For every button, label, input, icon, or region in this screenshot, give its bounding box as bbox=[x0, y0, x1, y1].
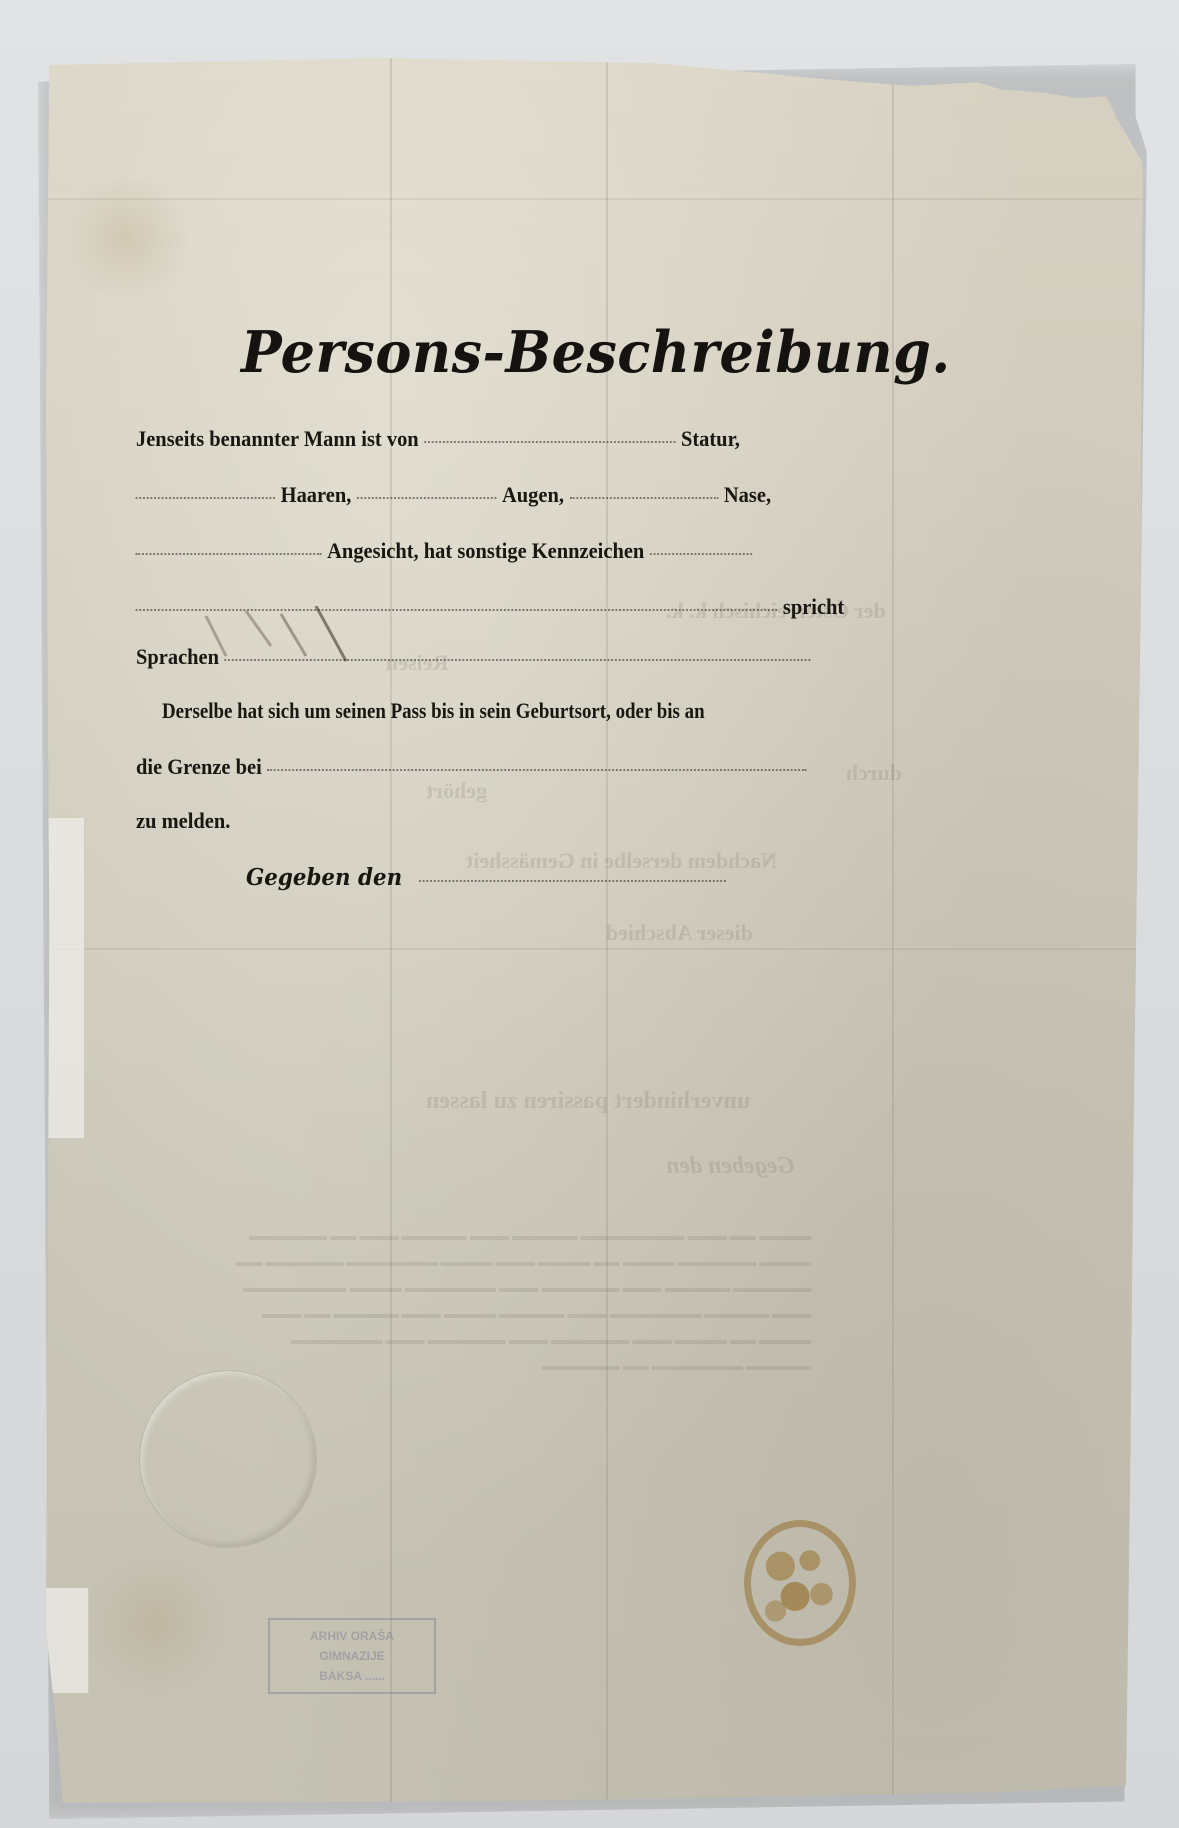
form-line-spricht: spricht bbox=[130, 594, 844, 620]
label-nase: Nase, bbox=[724, 482, 771, 508]
label-grenze: die Grenze bei bbox=[136, 754, 262, 780]
archive-stamp-line: ARHIV ORAŠA bbox=[270, 1626, 434, 1646]
form-line-melden: zu melden. bbox=[136, 808, 230, 834]
form-line-features: Haaren, Augen, Nase, bbox=[130, 482, 771, 508]
form-line-angesicht: Angesicht, hat sonstige Kennzeichen bbox=[130, 538, 758, 564]
field-datum[interactable] bbox=[419, 879, 726, 882]
label-angesicht: Angesicht, hat sonstige Kennzeichen bbox=[327, 538, 644, 564]
form-line-gegeben: Gegeben den bbox=[246, 864, 731, 891]
label-intro: Jenseits benannter Mann ist von bbox=[136, 426, 419, 452]
form-line-grenze: die Grenze bei bbox=[136, 754, 812, 780]
archive-stamp-line: GIMNAZIJE bbox=[270, 1646, 434, 1666]
label-augen: Augen, bbox=[502, 482, 564, 508]
label-sprachen: Sprachen bbox=[136, 644, 219, 670]
field-nase[interactable] bbox=[570, 496, 719, 499]
field-statur[interactable] bbox=[424, 440, 675, 443]
field-sprachen[interactable] bbox=[225, 658, 811, 661]
page-title: Persons-Beschreibung. bbox=[241, 318, 951, 385]
field-grenze[interactable] bbox=[267, 768, 806, 771]
field-augen[interactable] bbox=[357, 496, 497, 499]
form-line-sprachen: Sprachen bbox=[136, 644, 816, 670]
label-statur: Statur, bbox=[681, 426, 740, 452]
field-haaren[interactable] bbox=[136, 496, 276, 499]
field-kennzeichen[interactable] bbox=[650, 552, 752, 555]
form-line-statur: Jenseits benannter Mann ist von Statur, bbox=[136, 426, 740, 452]
label-haaren: Haaren, bbox=[281, 482, 352, 508]
field-spricht[interactable] bbox=[136, 608, 778, 611]
document-sheet: der Österreichisch k. k. Reisen durch ge… bbox=[46, 58, 1156, 1803]
pass-text: Derselbe hat sich um seinen Pass bis in … bbox=[162, 698, 705, 724]
melden-text: zu melden. bbox=[136, 808, 230, 834]
archive-stamp-line: BAKSA ...... bbox=[270, 1666, 434, 1686]
ink-seal bbox=[744, 1520, 856, 1646]
field-angesicht[interactable] bbox=[136, 552, 322, 555]
label-gegeben: Gegeben den bbox=[246, 864, 402, 891]
label-spricht: spricht bbox=[783, 594, 844, 620]
form-content: Persons-Beschreibung. Jenseits benannter… bbox=[46, 58, 1156, 1803]
form-line-pass: Derselbe hat sich um seinen Pass bis in … bbox=[162, 698, 705, 724]
archive-stamp: ARHIV ORAŠA GIMNAZIJE BAKSA ...... bbox=[268, 1618, 436, 1694]
